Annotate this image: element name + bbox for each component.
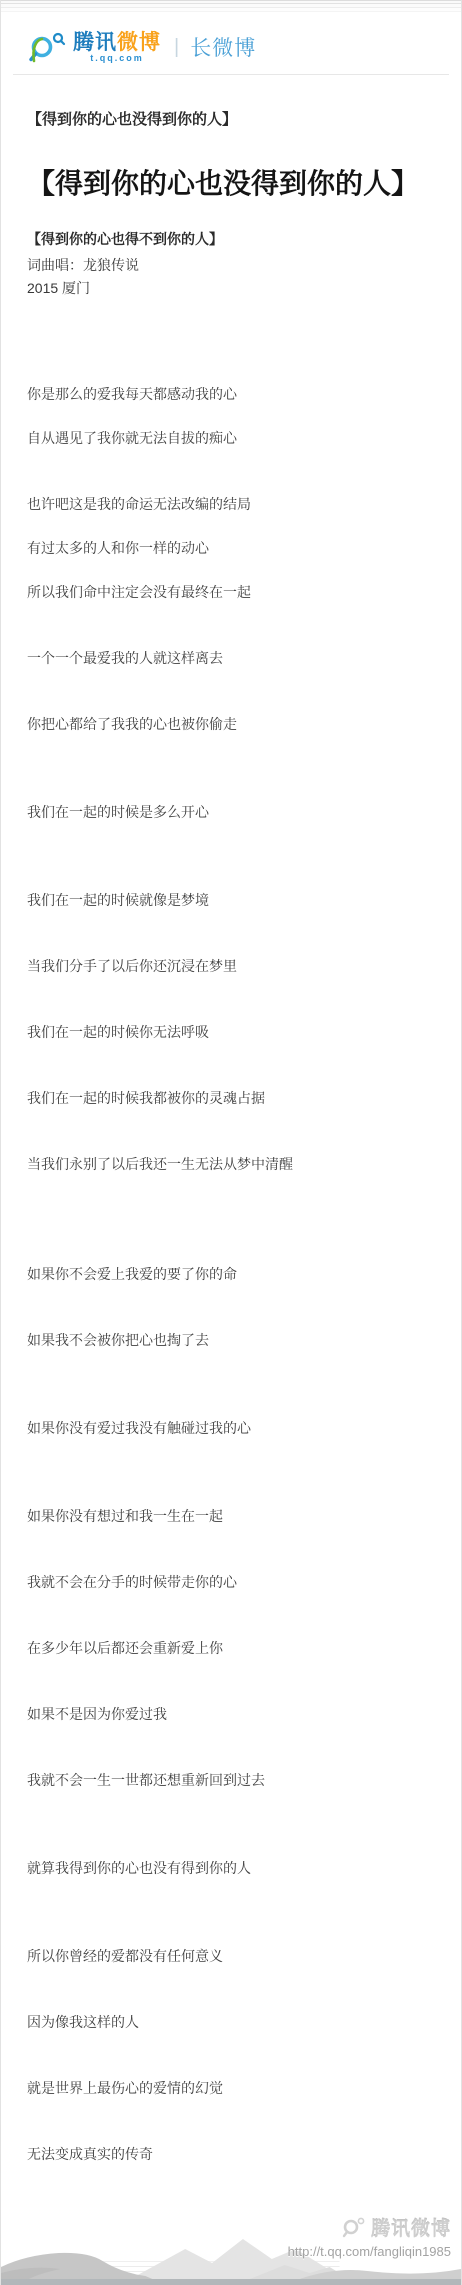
lyric-blank-line: [27, 735, 435, 757]
lyric-line: 如果你没有想过和我一生在一起: [27, 1505, 435, 1527]
lyric-line: 我们在一起的时候我都被你的灵魂占据: [27, 1087, 435, 1109]
long-weibo-label[interactable]: 长微博: [190, 32, 256, 62]
lyric-blank-line: [27, 779, 435, 801]
watermark: 腾讯微博 http://t.qq.com/fangliqin1985: [288, 2214, 451, 2259]
lyric-blank-line: [27, 1725, 435, 1747]
lyric-blank-line: [27, 1615, 435, 1637]
lyric-line: 在多少年以后都还会重新爱上你: [27, 1637, 435, 1659]
lyric-blank-line: [27, 2121, 435, 2143]
lyrics: 你是那么的爱我每天都感动我的心自从遇见了我你就无法自拔的痴心也许吧这是我的命运无…: [27, 383, 435, 2165]
meta-subtitle: 【得到你的心也得不到你的人】: [27, 226, 435, 253]
lyric-blank-line: [27, 1593, 435, 1615]
lyric-blank-line: [27, 669, 435, 691]
lyric-blank-line: [27, 2099, 435, 2121]
lyric-blank-line: [27, 1659, 435, 1681]
lyric-blank-line: [27, 449, 435, 471]
lyric-blank-line: [27, 823, 435, 845]
lyric-line: 如果不是因为你爱过我: [27, 1703, 435, 1725]
lyric-blank-line: [27, 1835, 435, 1857]
brand-name-orange: 微博: [117, 31, 161, 54]
watermark-magnifier-icon: [341, 2217, 367, 2239]
lyric-line: 当我们分手了以后你还沉浸在梦里: [27, 955, 435, 977]
page-footer: 腾讯微博 http://t.qq.com/fangliqin1985: [1, 2175, 461, 2285]
lyric-blank-line: [27, 691, 435, 713]
lyric-blank-line: [27, 1901, 435, 1923]
lyric-blank-line: [27, 933, 435, 955]
meta-credits: 词曲唱：龙狼传说: [27, 253, 435, 277]
lyric-blank-line: [27, 1923, 435, 1945]
lyric-blank-line: [27, 757, 435, 779]
lyric-line: 你是那么的爱我每天都感动我的心: [27, 383, 435, 405]
lyric-line: 如果我不会被你把心也掏了去: [27, 1329, 435, 1351]
lyric-line: 我们在一起的时候就像是梦境: [27, 889, 435, 911]
lyric-blank-line: [27, 1373, 435, 1395]
lyric-blank-line: [27, 1461, 435, 1483]
lyric-line: 因为像我这样的人: [27, 2011, 435, 2033]
lyric-line: 我们在一起的时候是多么开心: [27, 801, 435, 823]
lyric-blank-line: [27, 1967, 435, 1989]
lyric-blank-line: [27, 1681, 435, 1703]
lyric-blank-line: [27, 977, 435, 999]
lyric-blank-line: [27, 1109, 435, 1131]
lyric-blank-line: [27, 559, 435, 581]
brand-text: 腾讯微博 t.qq.com: [73, 32, 161, 63]
lyric-blank-line: [27, 1131, 435, 1153]
bottom-strip: [1, 2279, 461, 2285]
lyric-blank-line: [27, 1989, 435, 2011]
lyric-blank-line: [27, 1527, 435, 1549]
lyric-blank-line: [27, 405, 435, 427]
post-title-small: 【得到你的心也没得到你的人】: [27, 108, 435, 129]
lyric-blank-line: [27, 1879, 435, 1901]
brand-name-blue: 腾讯: [73, 31, 117, 54]
lyric-line: 所以我们命中注定会没有最终在一起: [27, 581, 435, 603]
lyric-blank-line: [27, 1065, 435, 1087]
lyric-blank-line: [27, 845, 435, 867]
lyric-blank-line: [27, 515, 435, 537]
lyric-line: 我就不会一生一世都还想重新回到过去: [27, 1769, 435, 1791]
watermark-brand-name: 腾讯微博: [371, 2214, 451, 2241]
lyric-blank-line: [27, 999, 435, 1021]
lyric-blank-line: [27, 1439, 435, 1461]
lyric-blank-line: [27, 911, 435, 933]
magnifier-sprout-logo-icon: [27, 30, 69, 64]
lyric-line: 无法变成真实的传奇: [27, 2143, 435, 2165]
lyric-blank-line: [27, 1747, 435, 1769]
lyric-line: 有过太多的人和你一样的动心: [27, 537, 435, 559]
lyric-blank-line: [27, 1307, 435, 1329]
lyric-blank-line: [27, 1351, 435, 1373]
lyric-line: 就算我得到你的心也没有得到你的人: [27, 1857, 435, 1879]
lyric-line: 也许吧这是我的命运无法改编的结局: [27, 493, 435, 515]
lyric-line: 自从遇见了我你就无法自拔的痴心: [27, 427, 435, 449]
brand-domain: t.qq.com: [73, 54, 161, 63]
lyric-line: 如果你没有爱过我没有触碰过我的心: [27, 1417, 435, 1439]
lyric-blank-line: [27, 1219, 435, 1241]
top-gradient-band: [1, 0, 461, 14]
lyric-blank-line: [27, 471, 435, 493]
lyric-line: 所以你曾经的爱都没有任何意义: [27, 1945, 435, 1967]
long-weibo-page: 腾讯微博 t.qq.com | 长微博 【得到你的心也没得到你的人】 【得到你的…: [0, 0, 462, 2285]
lyric-blank-line: [27, 1549, 435, 1571]
lyric-blank-line: [27, 603, 435, 625]
post-content: 【得到你的心也没得到你的人】 【得到你的心也没得到你的人】 【得到你的心也得不到…: [1, 108, 461, 2165]
post-meta: 【得到你的心也得不到你的人】 词曲唱：龙狼传说 2015 厦门: [27, 226, 435, 299]
post-title-large: 【得到你的心也没得到你的人】: [27, 156, 435, 213]
watermark-url: http://t.qq.com/fangliqin1985: [288, 2244, 451, 2259]
lyric-line: 我们在一起的时候你无法呼吸: [27, 1021, 435, 1043]
lyric-blank-line: [27, 1813, 435, 1835]
lyric-line: 如果你不会爱上我爱的要了你的命: [27, 1263, 435, 1285]
lyric-blank-line: [27, 1483, 435, 1505]
site-header: 腾讯微博 t.qq.com | 长微博: [13, 14, 449, 75]
lyric-blank-line: [27, 1241, 435, 1263]
lyric-blank-line: [27, 2055, 435, 2077]
header-divider: |: [174, 36, 179, 59]
lyric-blank-line: [27, 1197, 435, 1219]
lyric-line: 就是世界上最伤心的爱情的幻觉: [27, 2077, 435, 2099]
lyric-blank-line: [27, 1043, 435, 1065]
lyric-blank-line: [27, 1791, 435, 1813]
tencent-weibo-logo-link[interactable]: 腾讯微博 t.qq.com: [27, 30, 161, 64]
lyric-blank-line: [27, 625, 435, 647]
lyric-line: 我就不会在分手的时候带走你的心: [27, 1571, 435, 1593]
lyric-blank-line: [27, 867, 435, 889]
lyric-line: 一个一个最爱我的人就这样离去: [27, 647, 435, 669]
lyric-blank-line: [27, 1285, 435, 1307]
lyric-blank-line: [27, 1395, 435, 1417]
lyric-blank-line: [27, 2033, 435, 2055]
lyric-line: 你把心都给了我我的心也被你偷走: [27, 713, 435, 735]
meta-year-city: 2015 厦门: [27, 277, 435, 299]
lyric-line: 当我们永别了以后我还一生无法从梦中清醒: [27, 1153, 435, 1175]
lyric-blank-line: [27, 1175, 435, 1197]
